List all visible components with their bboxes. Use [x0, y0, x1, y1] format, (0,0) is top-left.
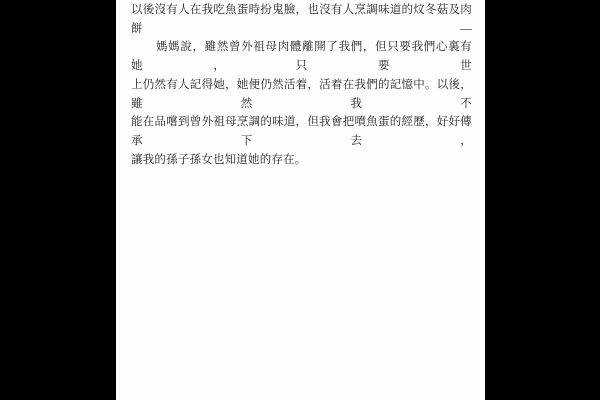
text-block: 以後沒有人在我吃魚蛋時扮鬼臉，也沒有人烹調味道的炆冬菇及肉餅— 媽媽說，雖然曾外…	[131, 1, 472, 169]
text-line: 讓我的孫子孫女也知道她的存在。	[131, 151, 472, 170]
text-line: 以後沒有人在我吃魚蛋時扮鬼臉，也沒有人烹調味道的炆冬菇及肉餅—	[131, 1, 472, 38]
document-page: 以後沒有人在我吃魚蛋時扮鬼臉，也沒有人烹調味道的炆冬菇及肉餅— 媽媽說，雖然曾外…	[116, 0, 485, 400]
text-line: 媽媽說，雖然曾外祖母肉體離開了我們，但只要我們心裏有她，只要世	[131, 38, 472, 75]
text-line: 能在品嚐到曾外祖母烹調的味道，但我會把噴魚蛋的經歷，好好傳承下去，	[131, 113, 472, 150]
text-line: 上仍然有人記得她，她便仍然活着，活着在我們的記憶中。以後，雖然我不	[131, 76, 472, 113]
document-viewer: 以後沒有人在我吃魚蛋時扮鬼臉，也沒有人烹調味道的炆冬菇及肉餅— 媽媽說，雖然曾外…	[0, 0, 600, 400]
